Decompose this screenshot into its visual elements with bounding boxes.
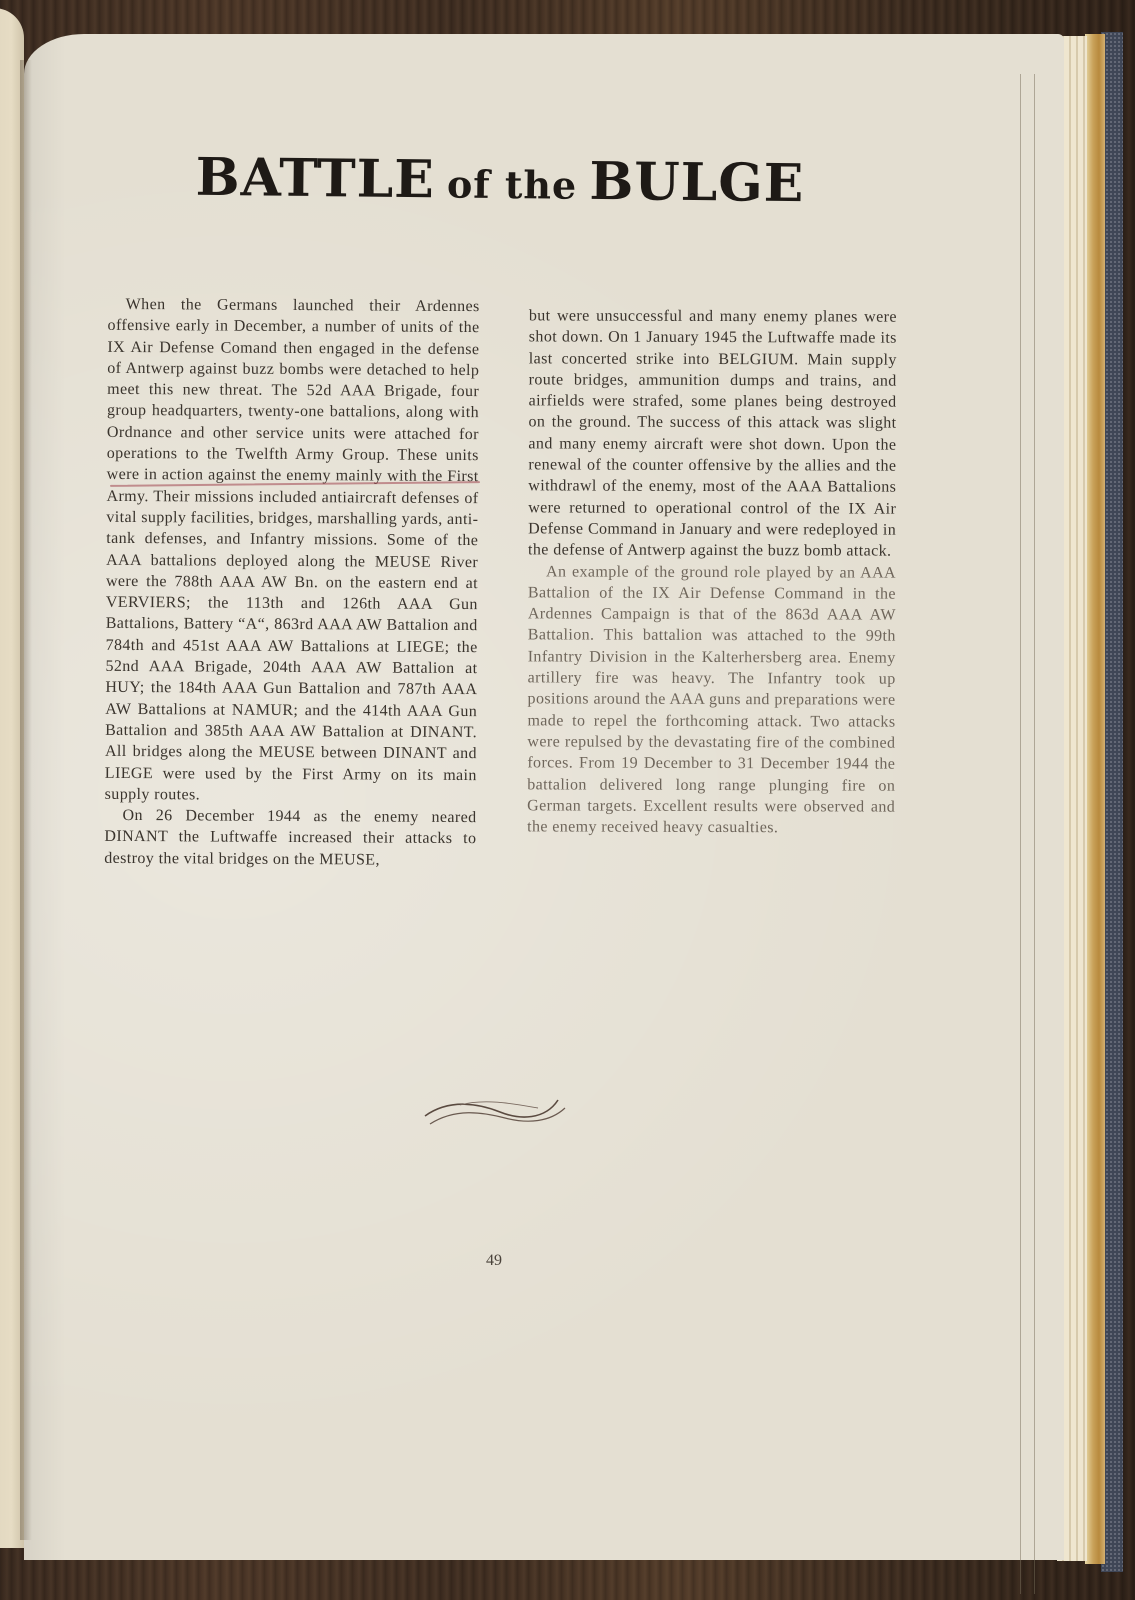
right-text-column: but were unsuccessful and many enemy pla… (527, 305, 897, 839)
left-text-column: When the Germans launched their Ardennes… (104, 294, 480, 871)
paragraph: An example of the ground role played by … (527, 561, 896, 839)
title-word-of-the: of the (447, 161, 578, 207)
page-edge-line (1020, 74, 1021, 1594)
paragraph: On 26 December 1944 as the enemy neared … (104, 805, 476, 871)
page-number: 49 (474, 1252, 514, 1270)
wave-flourish-icon (420, 1090, 570, 1130)
spine-shadow (20, 60, 32, 1540)
paragraph: When the Germans launched their Ardennes… (105, 294, 480, 807)
paragraph: but were unsuccessful and many enemy pla… (528, 305, 897, 562)
gilt-page-edge (1085, 34, 1105, 1564)
title-word-battle: BATTLE (195, 147, 435, 211)
title-word-bulge: BULGE (589, 151, 805, 214)
page-title: BATTLE of the BULGE (190, 147, 811, 214)
page-edge-line (1034, 74, 1035, 1594)
